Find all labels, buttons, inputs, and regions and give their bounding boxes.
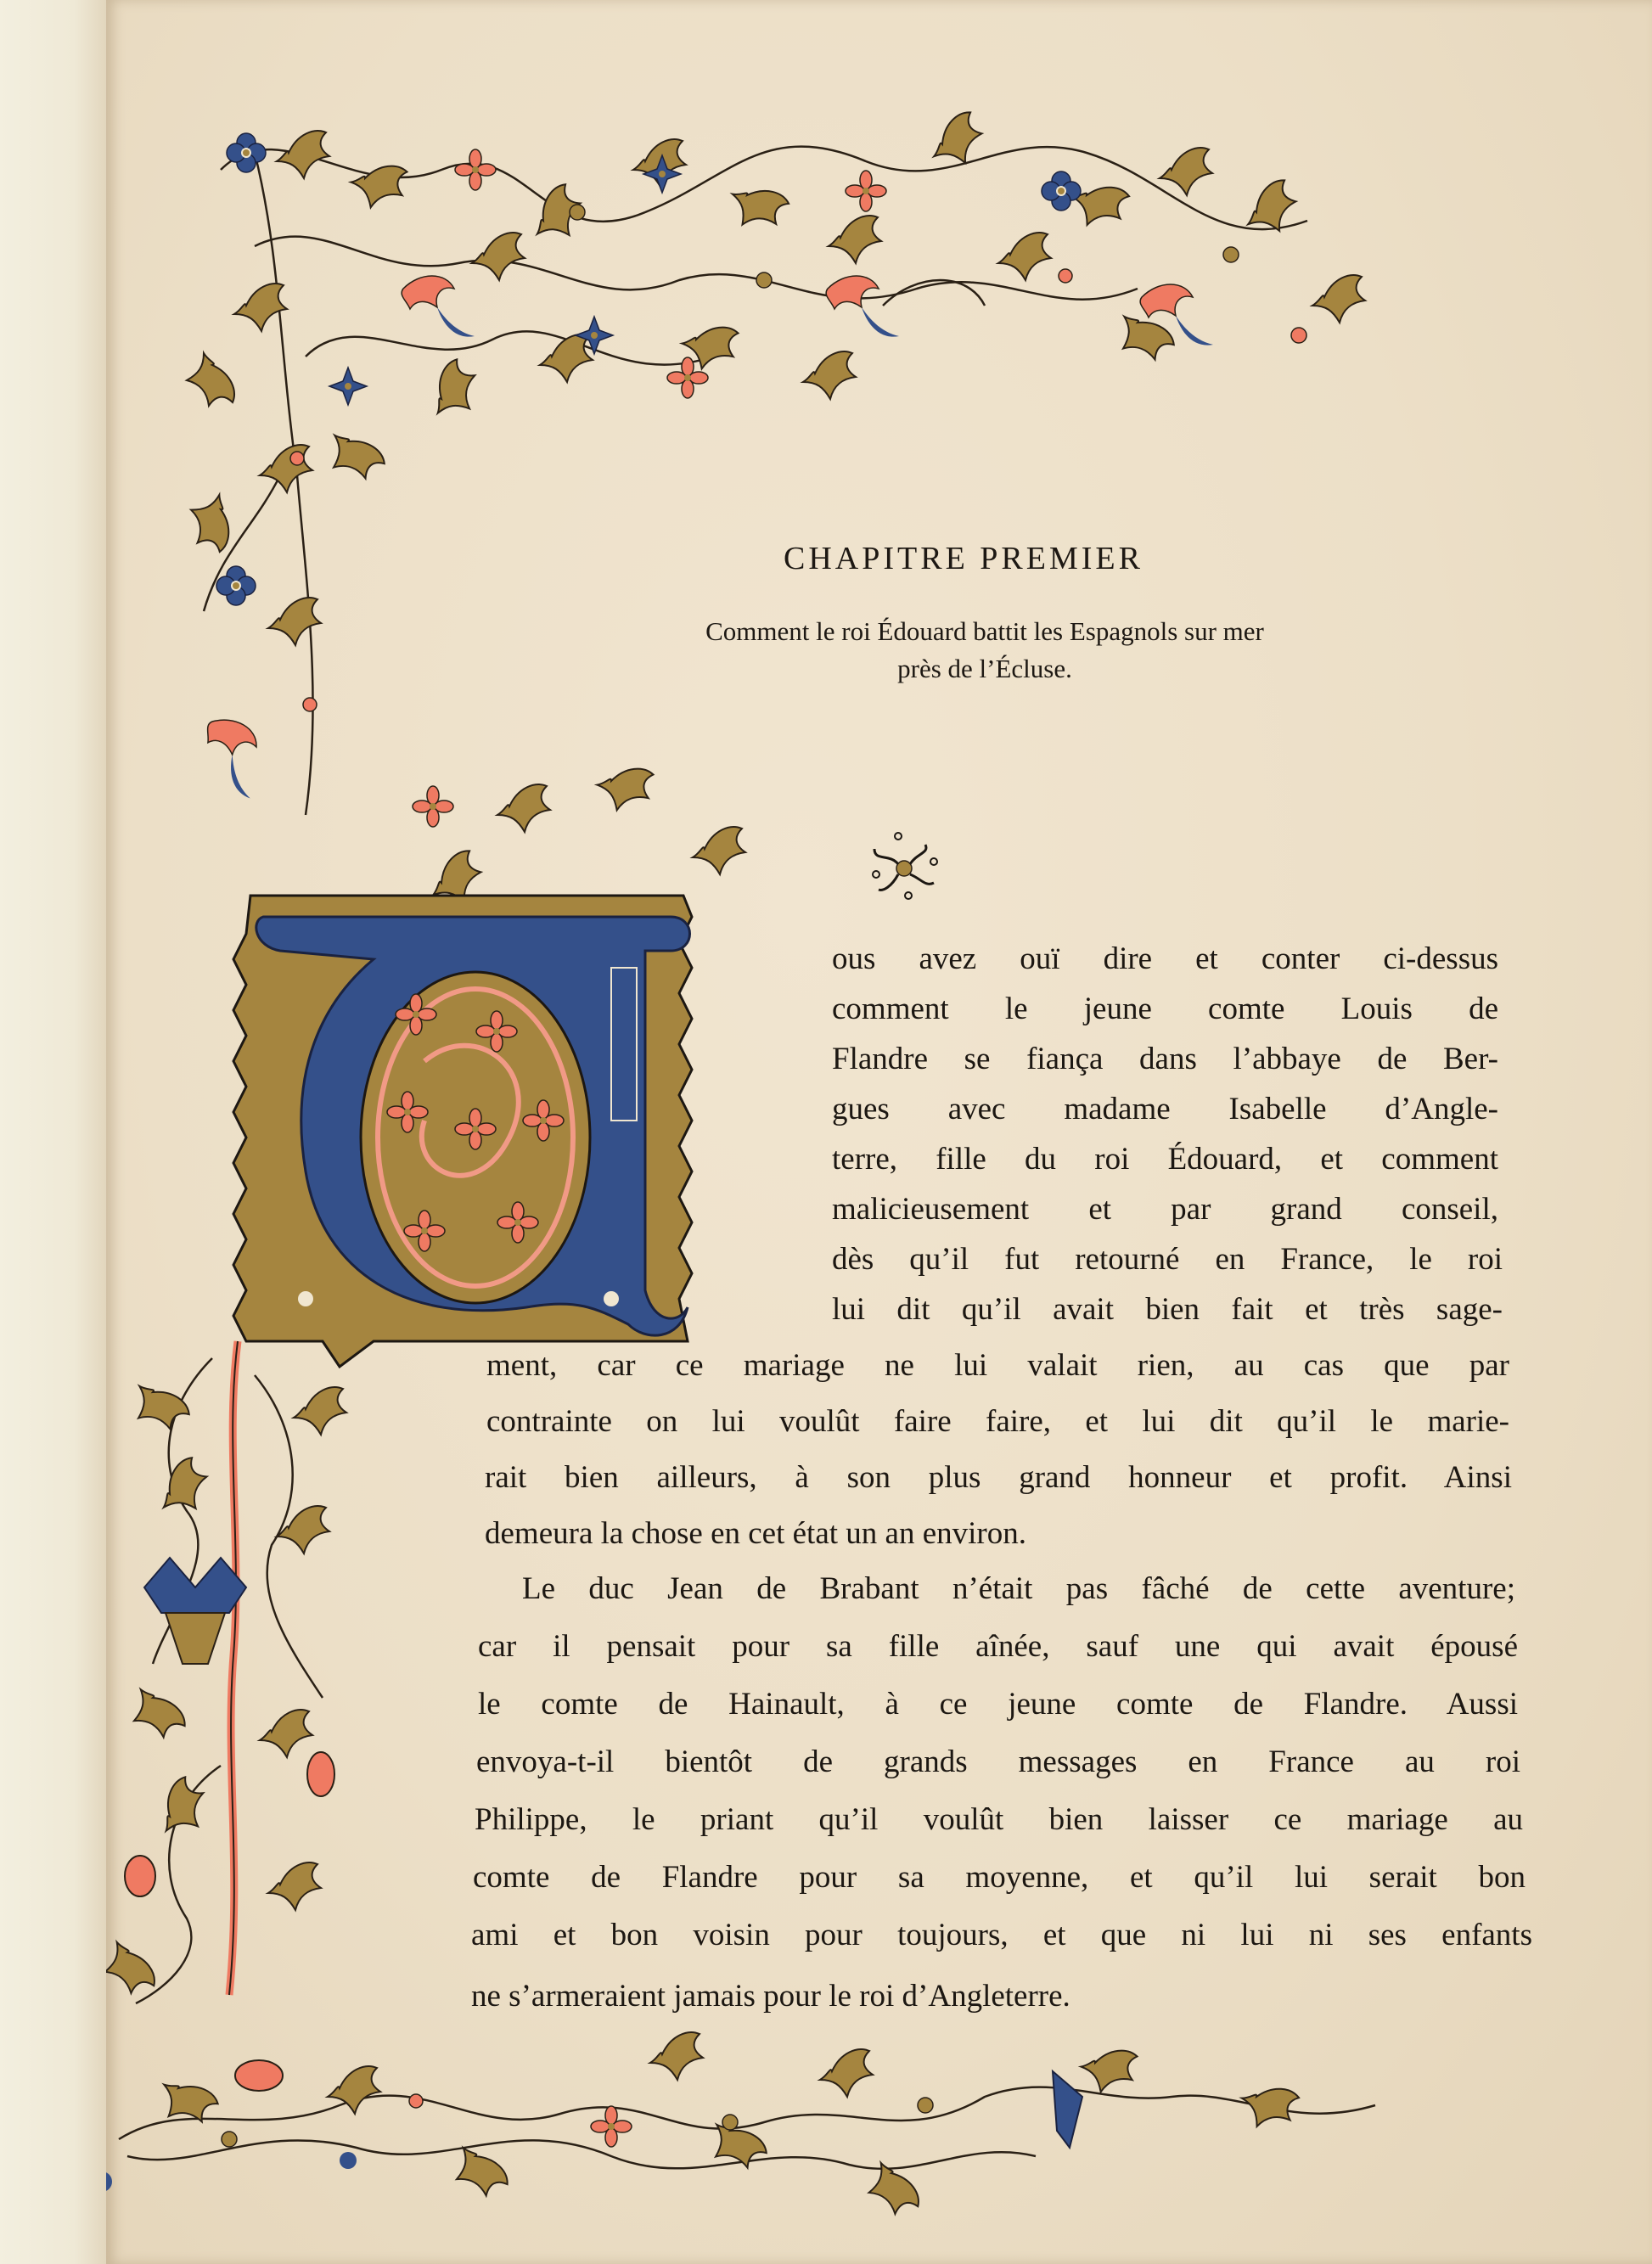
book-page: CHAPITRE PREMIER Comment le roi Édouard …	[106, 0, 1652, 2264]
text-line: le comte de Hainault, à ce jeune comte d…	[478, 1686, 1518, 1722]
text-line: envoya-t-il bientôt de grands messages e…	[476, 1744, 1520, 1780]
text-line: malicieusement et par grand conseil,	[832, 1191, 1498, 1228]
text-line: terre, fille du roi Édouard, et comment	[832, 1141, 1498, 1177]
text-line: Flandre se fiança dans l’abbaye de Ber-	[832, 1041, 1498, 1077]
chapter-title: CHAPITRE PREMIER	[743, 540, 1184, 577]
chapter-subtitle: Comment le roi Édouard battit les Espagn…	[590, 613, 1379, 688]
text-line: Le duc Jean de Brabant n’était pas fâché…	[522, 1570, 1515, 1607]
text-line: ous avez ouï dire et conter ci-dessus	[832, 941, 1498, 977]
text-line: rait bien ailleurs, à son plus grand hon…	[485, 1459, 1512, 1496]
text-line: ne s’armeraient jamais pour le roi d’Ang…	[471, 1978, 1070, 2014]
drop-cap-panel	[233, 896, 692, 1367]
text-line: dès qu’il fut retourné en France, le roi	[832, 1241, 1503, 1278]
text-line: comment le jeune comte Louis de	[832, 991, 1498, 1027]
text-line: Philippe, le priant qu’il voulût bien la…	[475, 1801, 1523, 1838]
facing-page-edge	[0, 0, 106, 2264]
text-line: car il pensait pour sa fille aînée, sauf…	[478, 1628, 1518, 1665]
text-line: comte de Flandre pour sa moyenne, et qu’…	[473, 1859, 1526, 1896]
chapter-subtitle-line-1: Comment le roi Édouard battit les Espagn…	[590, 613, 1379, 650]
small-fleuron-ornament	[873, 833, 937, 899]
text-line: ami et bon voisin pour toujours, et que …	[471, 1917, 1532, 1953]
text-line: ment, car ce mariage ne lui valait rien,…	[486, 1347, 1509, 1384]
chapter-subtitle-line-2: près de l’Écluse.	[590, 650, 1379, 688]
text-line: demeura la chose en cet état un an envir…	[485, 1515, 1026, 1552]
text-line: gues avec madame Isabelle d’Angle-	[832, 1091, 1498, 1127]
text-line: lui dit qu’il avait bien fait et très sa…	[832, 1291, 1503, 1328]
text-line: contrainte on lui voulût faire faire, et…	[486, 1403, 1509, 1440]
